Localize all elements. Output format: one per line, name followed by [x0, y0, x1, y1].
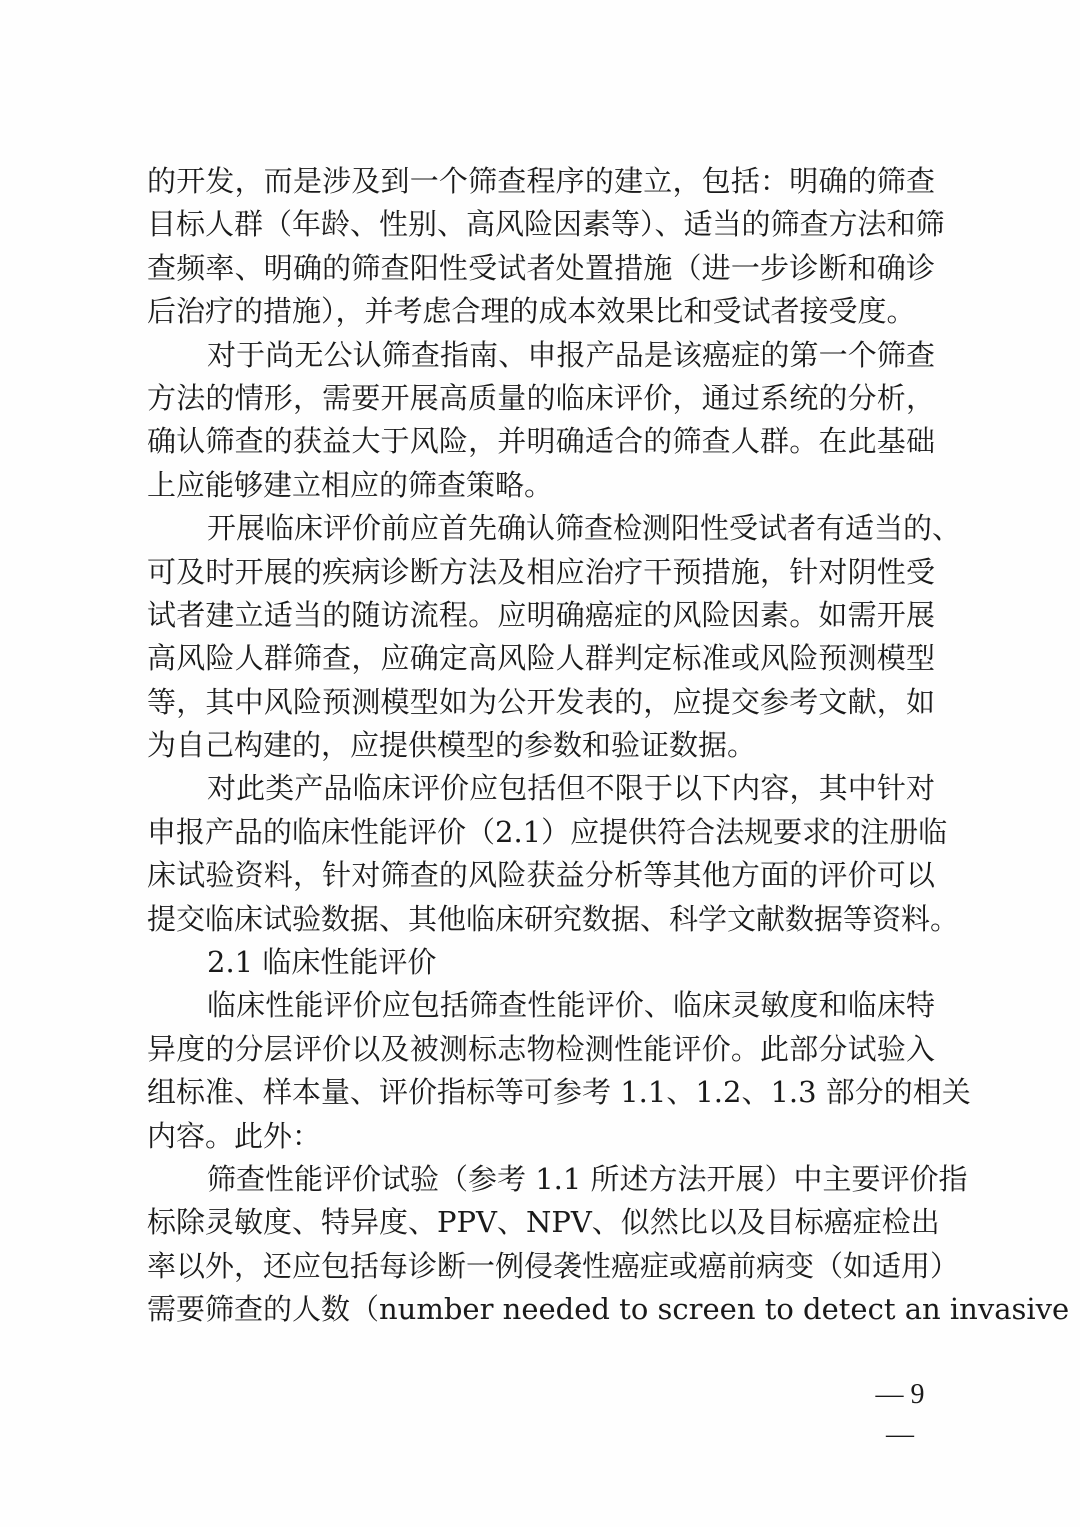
text-line: 率以外，还应包括每诊断一例侵袭性癌症或癌前病变（如适用） — [147, 1245, 935, 1288]
text-line: 后治疗的措施），并考虑合理的成本效果比和受试者接受度。 — [147, 290, 935, 333]
body-text: 的开发，而是涉及到一个筛查程序的建立，包括：明确的筛查 目标人群（年龄、性别、高… — [147, 160, 935, 1332]
text-line: 试者建立适当的随访流程。应明确癌症的风险因素。如需开展 — [147, 594, 935, 637]
text-line: 上应能够建立相应的筛查策略。 — [147, 464, 935, 507]
section-heading-text: 2.1 临床性能评价 — [147, 941, 935, 984]
paragraph: 开展临床评价前应首先确认筛查检测阳性受试者有适当的、 可及时开展的疾病诊断方法及… — [147, 507, 935, 767]
text-line: 开展临床评价前应首先确认筛查检测阳性受试者有适当的、 — [147, 507, 935, 550]
text-line: 申报产品的临床性能评价（2.1）应提供符合法规要求的注册临 — [147, 811, 935, 854]
text-line: 临床性能评价应包括筛查性能评价、临床灵敏度和临床特 — [147, 984, 935, 1027]
text-line: 可及时开展的疾病诊断方法及相应治疗干预措施，针对阴性受 — [147, 551, 935, 594]
text-line: 内容。此外： — [147, 1115, 935, 1158]
text-line: 对于尚无公认筛查指南、申报产品是该癌症的第一个筛查 — [147, 334, 935, 377]
paragraph: 临床性能评价应包括筛查性能评价、临床灵敏度和临床特 异度的分层评价以及被测标志物… — [147, 984, 935, 1158]
document-page: 的开发，而是涉及到一个筛查程序的建立，包括：明确的筛查 目标人群（年龄、性别、高… — [0, 0, 1080, 1527]
text-line: 标除灵敏度、特异度、PPV、NPV、似然比以及目标癌症检出 — [147, 1201, 935, 1244]
text-line: 确认筛查的获益大于风险，并明确适合的筛查人群。在此基础 — [147, 420, 935, 463]
text-line: 组标准、样本量、评价指标等可参考 1.1、1.2、1.3 部分的相关 — [147, 1071, 935, 1114]
page-number: — 9 — — [860, 1375, 940, 1415]
text-line: 查频率、明确的筛查阳性受试者处置措施（进一步诊断和确诊 — [147, 247, 935, 290]
paragraph: 对于尚无公认筛查指南、申报产品是该癌症的第一个筛查 方法的情形，需要开展高质量的… — [147, 334, 935, 508]
section-heading: 2.1 临床性能评价 — [147, 941, 935, 984]
text-line: 对此类产品临床评价应包括但不限于以下内容，其中针对 — [147, 767, 935, 810]
text-line: 需要筛查的人数（number needed to screen to detec… — [147, 1288, 935, 1331]
paragraph-continued: 的开发，而是涉及到一个筛查程序的建立，包括：明确的筛查 目标人群（年龄、性别、高… — [147, 160, 935, 334]
text-line: 等，其中风险预测模型如为公开发表的，应提交参考文献，如 — [147, 681, 935, 724]
paragraph: 对此类产品临床评价应包括但不限于以下内容，其中针对 申报产品的临床性能评价（2.… — [147, 767, 935, 941]
paragraph: 筛查性能评价试验（参考 1.1 所述方法开展）中主要评价指 标除灵敏度、特异度、… — [147, 1158, 935, 1332]
text-line: 高风险人群筛查，应确定高风险人群判定标准或风险预测模型 — [147, 637, 935, 680]
text-line: 为自己构建的，应提供模型的参数和验证数据。 — [147, 724, 935, 767]
text-line: 目标人群（年龄、性别、高风险因素等）、适当的筛查方法和筛 — [147, 203, 935, 246]
text-line: 床试验资料，针对筛查的风险获益分析等其他方面的评价可以 — [147, 854, 935, 897]
text-line: 的开发，而是涉及到一个筛查程序的建立，包括：明确的筛查 — [147, 160, 935, 203]
text-line: 异度的分层评价以及被测标志物检测性能评价。此部分试验入 — [147, 1028, 935, 1071]
text-line: 提交临床试验数据、其他临床研究数据、科学文献数据等资料。 — [147, 898, 935, 941]
text-line: 筛查性能评价试验（参考 1.1 所述方法开展）中主要评价指 — [147, 1158, 935, 1201]
text-line: 方法的情形，需要开展高质量的临床评价，通过系统的分析， — [147, 377, 935, 420]
